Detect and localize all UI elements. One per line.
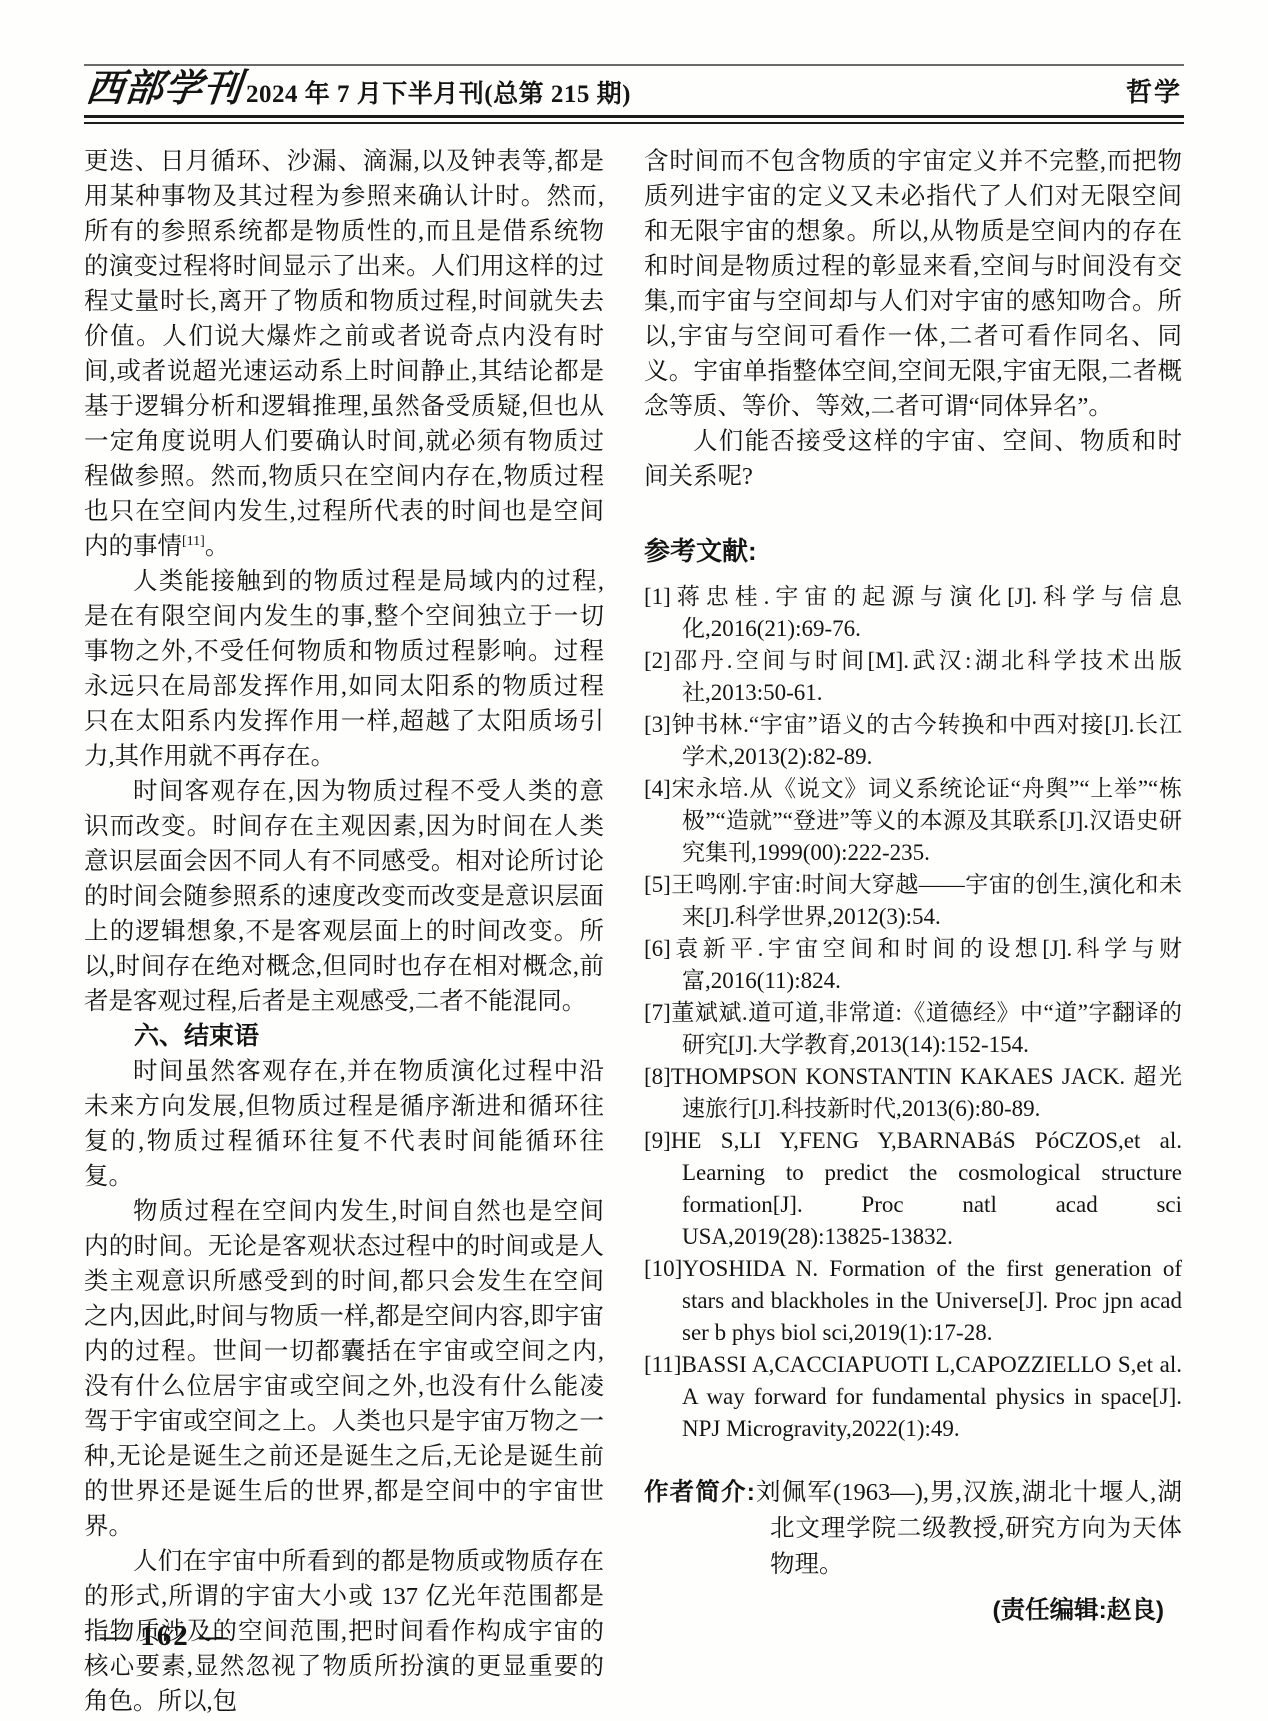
body-paragraph: 物质过程在空间内发生,时间自然也是空间内的时间。无论是客观状态过程中的时间或是人… — [84, 1194, 604, 1544]
reference-item: [9]HE S,LI Y,FENG Y,BARNABáS PóCZOS,et a… — [644, 1125, 1182, 1253]
right-column: 含时间而不包含物质的宇宙定义并不完整,而把物质列进宇宙的定义又未必指代了人们对无… — [644, 144, 1182, 1719]
reference-item: [7]董斌斌.道可道,非常道:《道德经》中“道”字翻译的研究[J].大学教育,2… — [644, 997, 1182, 1061]
page-number: — 162 — — [100, 1620, 230, 1653]
author-bio-label: 作者简介: — [644, 1479, 755, 1506]
header-row: 西部学刊 2024 年 7 月下半月刊(总第 215 期) 哲学 — [84, 66, 1184, 115]
body-paragraph: 时间虽然客观存在,并在物质演化过程中沿未来方向发展,但物质过程是循序渐进和循环往… — [84, 1054, 604, 1194]
two-column-body: 更迭、日月循环、沙漏、滴漏,以及钟表等,都是用某种事物及其过程为参照来确认计时。… — [84, 144, 1184, 1719]
reference-item: [4]宋永培.从《说文》词义系统论证“舟舆”“上举”“栋极”“造就”“登进”等义… — [644, 773, 1182, 869]
reference-item: [8]THOMPSON KONSTANTIN KAKAES JACK. 超光速旅… — [644, 1061, 1182, 1125]
journal-page: 西部学刊 2024 年 7 月下半月刊(总第 215 期) 哲学 更迭、日月循环… — [0, 0, 1268, 1721]
editor-note: (责任编辑:赵良) — [644, 1591, 1182, 1626]
references-list: [1]蒋忠桂.宇宙的起源与演化[J].科学与信息化,2016(21):69-76… — [644, 581, 1182, 1445]
page-header: 西部学刊 2024 年 7 月下半月刊(总第 215 期) 哲学 — [84, 0, 1184, 124]
author-bio-text: 刘佩军(1963—),男,汉族,湖北十堰人,湖北文理学院二级教授,研究方向为天体… — [755, 1479, 1182, 1578]
section-label: 哲学 — [1126, 79, 1182, 108]
reference-item: [3]钟书林.“宇宙”语义的古今转换和中西对接[J].长江学术,2013(2):… — [644, 709, 1182, 773]
body-paragraph: 人们能否接受这样的宇宙、空间、物质和时间关系呢? — [644, 424, 1182, 494]
journal-issue-info: 2024 年 7 月下半月刊(总第 215 期) — [246, 81, 631, 109]
reference-item: [1]蒋忠桂.宇宙的起源与演化[J].科学与信息化,2016(21):69-76… — [644, 581, 1182, 645]
reference-item: [10]YOSHIDA N. Formation of the first ge… — [644, 1253, 1182, 1349]
header-left-group: 西部学刊 2024 年 7 月下半月刊(总第 215 期) — [86, 70, 631, 108]
journal-logo: 西部学刊 — [84, 70, 244, 108]
references-heading: 参考文献: — [644, 531, 1182, 568]
author-bio: 作者简介:刘佩军(1963—),男,汉族,湖北十堰人,湖北文理学院二级教授,研究… — [644, 1475, 1182, 1583]
reference-item: [5]王鸣刚.宇宙:时间大穿越——宇宙的创生,演化和未来[J].科学世界,201… — [644, 869, 1182, 933]
reference-item: [11]BASSI A,CACCIAPUOTI L,CAPOZZIELLO S,… — [644, 1349, 1182, 1445]
body-paragraph: 人类能接触到的物质过程是局域内的过程,是在有限空间内发生的事,整个空间独立于一切… — [84, 564, 604, 774]
right-column-paragraphs: 含时间而不包含物质的宇宙定义并不完整,而把物质列进宇宙的定义又未必指代了人们对无… — [644, 144, 1182, 494]
body-paragraph: 时间客观存在,因为物质过程不受人类的意识而改变。时间存在主观因素,因为时间在人类… — [84, 774, 604, 1019]
header-double-rule — [84, 115, 1184, 124]
reference-item: [2]邵丹.空间与时间[M].武汉:湖北科学技术出版社,2013:50-61. — [644, 645, 1182, 709]
left-column: 更迭、日月循环、沙漏、滴漏,以及钟表等,都是用某种事物及其过程为参照来确认计时。… — [84, 144, 604, 1719]
body-paragraph: 含时间而不包含物质的宇宙定义并不完整,而把物质列进宇宙的定义又未必指代了人们对无… — [644, 144, 1182, 424]
section-heading: 六、结束语 — [84, 1019, 604, 1054]
body-paragraph: 更迭、日月循环、沙漏、滴漏,以及钟表等,都是用某种事物及其过程为参照来确认计时。… — [84, 144, 604, 564]
reference-item: [6]袁新平.宇宙空间和时间的设想[J].科学与财富,2016(11):824. — [644, 933, 1182, 997]
footnote-ref: [11] — [182, 534, 205, 549]
